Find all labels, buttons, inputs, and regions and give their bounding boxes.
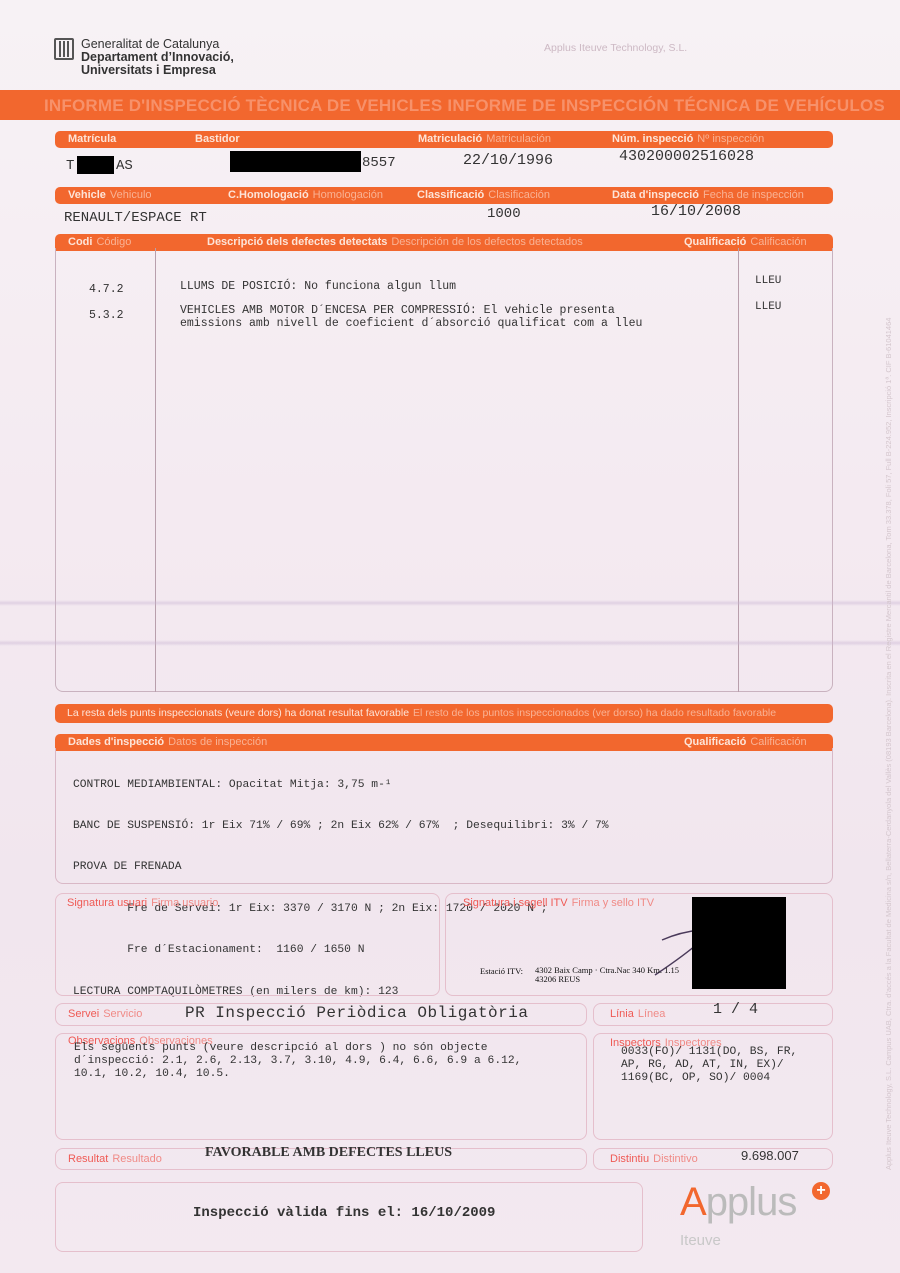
vehicle-id-header: Matrícula Bastidor MatriculacióMatricula… xyxy=(55,131,833,148)
service-value: PR Inspecció Periòdica Obligatòria xyxy=(185,1004,528,1022)
itv-station: Estació ITV: 4302 Baix Camp · Ctra.Nac 3… xyxy=(480,966,523,976)
result-value: FAVORABLE AMB DEFECTES LLEUS xyxy=(205,1145,452,1161)
itv-signature-label: Signatura i segell ITVFirma y sello ITV xyxy=(463,897,654,909)
plus-icon: + xyxy=(812,1182,830,1200)
validity-text: Inspecció vàlida fins el: 16/10/2009 xyxy=(193,1205,495,1221)
station-address-line2: 43206 REUS xyxy=(535,975,679,984)
chassis-redaction xyxy=(230,151,361,172)
registration-label: MatriculacióMatriculación xyxy=(418,133,551,145)
defect-code: 4.7.2 xyxy=(89,283,124,296)
classification-label: ClassificacióClasificación xyxy=(417,189,550,201)
line-label: LíniaLínea xyxy=(610,1008,665,1020)
paper-crease xyxy=(0,600,900,606)
applus-logo: Applus xyxy=(680,1180,796,1225)
registration-date: 22/10/1996 xyxy=(463,152,553,169)
observations-text: Els següents punts (veure descripció al … xyxy=(74,1042,521,1081)
classification-value: 1000 xyxy=(487,206,521,222)
plate-suffix: AS xyxy=(116,158,133,174)
homologation-label: C.HomologacióHomologación xyxy=(228,189,383,201)
defects-col-divider xyxy=(155,248,156,692)
service-label: ServeiServicio xyxy=(68,1008,142,1020)
defect-code: 5.3.2 xyxy=(89,309,124,322)
defect-description: VEHICLES AMB MOTOR D´ENCESA PER COMPRESS… xyxy=(180,304,642,330)
rating-label: QualificacióCalificación xyxy=(684,236,807,248)
vehicle-label: VehicleVehiculo xyxy=(68,189,152,201)
rest-notice-bar: La resta dels punts inspeccionats (veure… xyxy=(55,704,833,723)
inspectors-text: 0033(FO)/ 1131(DO, BS, FR, AP, RG, AD, A… xyxy=(621,1046,797,1085)
stamp-redaction xyxy=(692,897,786,989)
data-line: PROVA DE FRENADA xyxy=(73,861,609,875)
user-signature-box: Signatura usuariFirma usuario xyxy=(55,893,440,996)
chassis-label: Bastidor xyxy=(195,133,240,145)
description-label: Descripció dels defectes detectatsDescri… xyxy=(207,236,583,248)
inspection-report-page: Generalitat de Catalunya Departament d’I… xyxy=(0,0,900,1273)
iteuve-label: Iteuve xyxy=(680,1232,721,1249)
inspection-data-label: Dades d'inspeccióDatos de inspección xyxy=(68,736,267,748)
plate-label: Matrícula xyxy=(68,133,116,145)
defects-col-divider xyxy=(738,248,739,692)
defect-rating: LLEU xyxy=(755,275,781,287)
defect-description: LLUMS DE POSICIÓ: No funciona algun llum xyxy=(180,280,456,293)
inspection-number: 430200002516028 xyxy=(619,148,754,165)
data-line: CONTROL MEDIAMBIENTAL: Opacitat Mitja: 3… xyxy=(73,779,609,793)
inspection-number-label: Núm. inspeccióNº inspección xyxy=(612,133,764,145)
company-name: Applus Iteuve Technology, S.L. xyxy=(544,42,687,54)
org-line-3: Universitats i Empresa xyxy=(81,64,234,77)
generalitat-logo-icon xyxy=(54,38,74,60)
inspection-rating-label: QualificacióCalificación xyxy=(684,736,807,748)
paper-crease xyxy=(0,640,900,646)
badge-label: DistintiuDistintivo xyxy=(610,1153,698,1165)
vehicle-model: RENAULT/ESPACE RT xyxy=(64,210,207,226)
report-title-band: INFORME D'INSPECCIÓ TÈCNICA DE VEHICLES … xyxy=(0,90,900,120)
chassis-suffix: 8557 xyxy=(362,155,396,171)
plate-prefix: T xyxy=(66,158,74,174)
line-value: 1 / 4 xyxy=(713,1001,758,1018)
station-label: Estació ITV: xyxy=(480,966,523,976)
result-label: ResultatResultado xyxy=(68,1153,162,1165)
badge-value: 9.698.007 xyxy=(741,1148,799,1163)
data-line: BANC DE SUSPENSIÓ: 1r Eix 71% / 69% ; 2n… xyxy=(73,820,609,834)
vehicle-info-header: VehicleVehiculo C.HomologacióHomologació… xyxy=(55,187,833,204)
code-label: CodiCódigo xyxy=(68,236,131,248)
side-legal-text: Applus Iteuve Technology, S.L. Campus UA… xyxy=(884,318,893,1170)
inspection-date-label: Data d'inspeccióFecha de inspección xyxy=(612,189,804,201)
issuing-authority: Generalitat de Catalunya Departament d’I… xyxy=(81,38,234,77)
user-signature-label: Signatura usuariFirma usuario xyxy=(67,897,218,909)
rest-notice: La resta dels punts inspeccionats (veure… xyxy=(67,707,776,719)
report-title: INFORME D'INSPECCIÓ TÈCNICA DE VEHICLES … xyxy=(44,96,885,116)
plate-redaction xyxy=(77,156,114,174)
defect-rating: LLEU xyxy=(755,301,781,313)
inspection-date: 16/10/2008 xyxy=(651,203,741,220)
